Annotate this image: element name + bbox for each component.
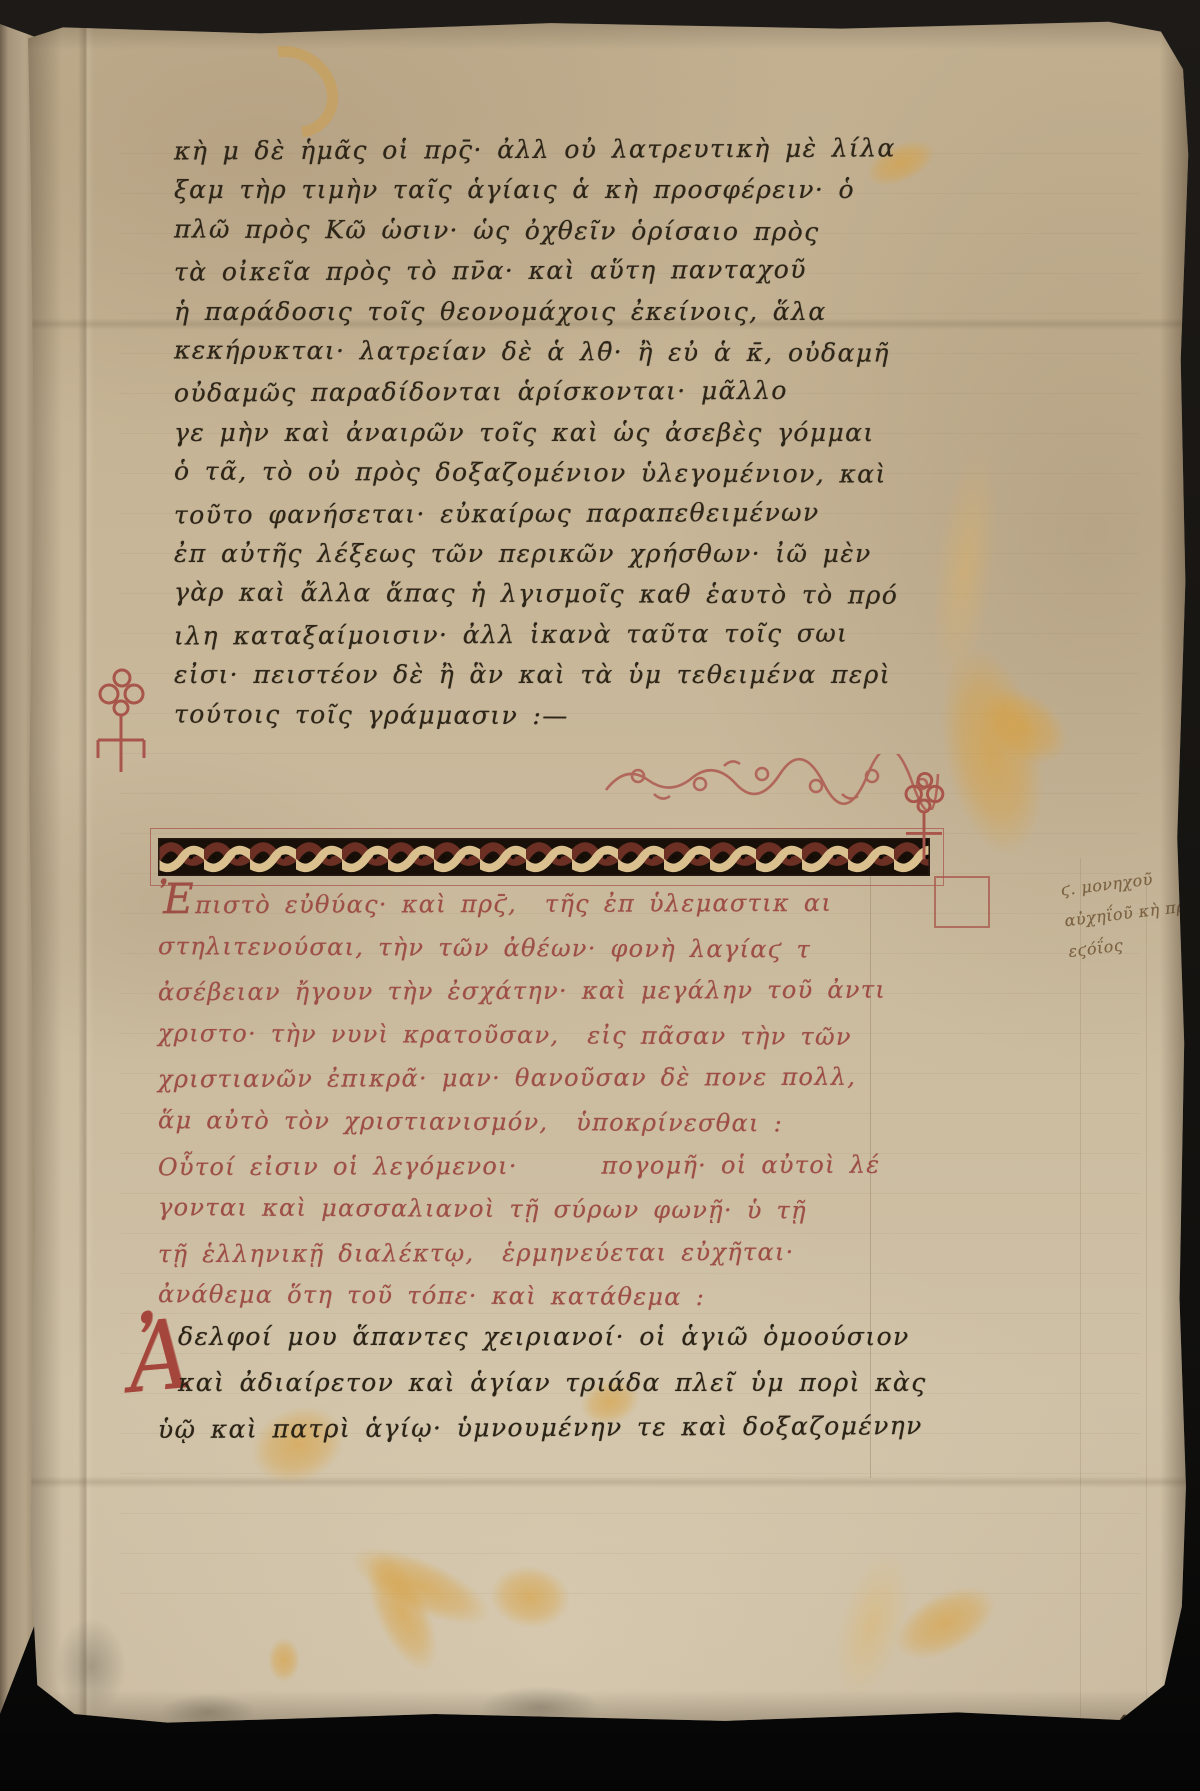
smudge — [160, 1694, 256, 1730]
ruling-line-vertical — [1080, 858, 1081, 1718]
text-line: ιλη καταξαίμοισιν· ἀλλ ἱκανὰ ταῦτα τοῖς … — [146, 613, 898, 657]
folio-mark: ƶ 4 — [1085, 1710, 1133, 1744]
vine-scroll-ornament — [604, 754, 940, 810]
text-line: Οὗτοί εἰσιν οἱ λεγόμενοι· πογομῆ· οἱ αὐτ… — [132, 1143, 886, 1189]
main-text-block: κὴ μ δὲ ἡμᾶς οἱ πρς̄· ἀλλ οὐ λατρευτικὴ … — [146, 130, 898, 736]
stain — [268, 1638, 300, 1682]
text-line: τὰ οἰκεῖα πρὸς τὸ πν̄α· καὶ αὕτη πανταχο… — [146, 250, 898, 294]
text-line: γὰρ καὶ ἄλλα ἅπας ἡ λγισμοῖς καθ ἑαυτὸ τ… — [146, 573, 898, 617]
headband-braid — [158, 838, 930, 876]
text-line: εἰσι· πειστέον δὲ ἢ ἃν καὶ τὰ ὑμ τεθειμέ… — [146, 655, 898, 695]
text-line: ἡ παράδοσις τοῖς θεονομάχοις ἐκείνοις, ἅ… — [146, 292, 898, 332]
text-line: ξαμ τὴρ τιμὴν ταῖς ἁγίαις ἁ κὴ προσφέρει… — [146, 170, 898, 210]
text-line: ἐπ αὐτῆς λέξεως τῶν περικῶν χρήσθων· ἰῶ … — [146, 534, 898, 574]
text-line: δελφοί μου ἅπαντες χειριανοί· οἱ ἁγιῶ ὁμ… — [178, 1314, 927, 1360]
text-line: κὴ μ δὲ ἡμᾶς οἱ πρς̄· ἀλλ οὐ λατρευτικὴ … — [146, 128, 898, 172]
text-line: ὁ τᾶ, τὸ οὐ πρὸς δοξαζομένιον ὑλεγομένιο… — [146, 452, 898, 496]
text-line: τοῦτο φανήσεται· εὐκαίρως παραπεθειμένων — [146, 492, 898, 536]
parchment-page: κὴ μ δὲ ἡμᾶς οἱ πρς̄· ἀλλ οὐ λατρευτικὴ … — [28, 18, 1190, 1726]
text-line: τούτοις τοῖς γράμμασιν :— — [146, 694, 898, 738]
fold-crease — [78, 18, 94, 1726]
text-line: ὑῷ καὶ πατρὶ ἁγίῳ· ὑμνουμένην τε καὶ δοξ… — [158, 1403, 927, 1453]
rubric-text-block: Ἐπιστὸ εὐθύας· καὶ πρϛ̄, τῆς ἐπ ὑλεμαστι… — [132, 876, 886, 1319]
text-line: τῇ ἑλληνικῇ διαλέκτῳ, ἑρμηνεύεται εὐχῆτα… — [132, 1230, 886, 1276]
fold-crease — [28, 1476, 1190, 1488]
text-line: γονται καὶ μασσαλιανοὶ τῇ σύρων φωνῇ· ὑ … — [132, 1186, 886, 1234]
closing-text-block: δελφοί μου ἅπαντες χειριανοί· οἱ ἁγιῶ ὁμ… — [178, 1314, 927, 1451]
left-finial-ornament — [86, 666, 156, 778]
text-line: χριστιανῶν ἐπικρᾶ· μαν· θανοῦσαν δὲ πονε… — [132, 1056, 886, 1102]
text-line: καὶ ἀδιαίρετον καὶ ἁγίαν τριάδα πλεῖ ὑμ … — [178, 1360, 927, 1406]
band-corner-ornament — [934, 876, 990, 928]
text-line: στηλιτενούσαι, τὴν τῶν ἀθέων· φονὴ λαγία… — [132, 925, 886, 973]
text-line: Ἐπιστὸ εὐθύας· καὶ πρϛ̄, τῆς ἐπ ὑλεμαστι… — [132, 875, 886, 928]
text-line: ἅμ αὐτὸ τὸν χριστιανισμόν, ὑποκρίνεσθαι … — [132, 1099, 886, 1147]
stain — [352, 1543, 452, 1681]
stain — [966, 673, 1081, 780]
stain — [342, 1532, 500, 1641]
text-line: πλῶ πρὸς Κῶ ὡσιν· ὡς ὀχθεῖν ὁρίσαιο πρὸς — [146, 209, 898, 253]
text-line: οὐδαμῶς παραδίδονται ἁρίσκονται· μᾶλλο — [146, 371, 898, 415]
stain — [883, 1572, 1007, 1675]
text-line: χριστο· τὴν νυνὶ κρατοῦσαν, εἰς πᾶσαν τὴ… — [132, 1012, 886, 1060]
stain — [821, 1544, 924, 1706]
stain — [922, 445, 1009, 690]
text-line: γε μὴν καὶ ἀναιρῶν τοῖς καὶ ὡς ἀσεβὲς γό… — [146, 413, 898, 453]
stain — [486, 1561, 574, 1634]
text-line: ἀσέβειαν ἤγουν τὴν ἐσχάτην· καὶ μεγάλην … — [132, 969, 886, 1015]
manuscript-photograph: κὴ μ δὲ ἡμᾶς οἱ πρς̄· ἀλλ οὐ λατρευτικὴ … — [0, 0, 1200, 1791]
smudge — [480, 1686, 600, 1728]
ruling-line-vertical — [1146, 878, 1147, 1718]
right-finial-ornament — [894, 770, 954, 866]
text-line: κεκήρυκται· λατρείαν δὲ ἁ λθ̄· ἢ εὐ ἁ κ̄… — [146, 330, 898, 374]
